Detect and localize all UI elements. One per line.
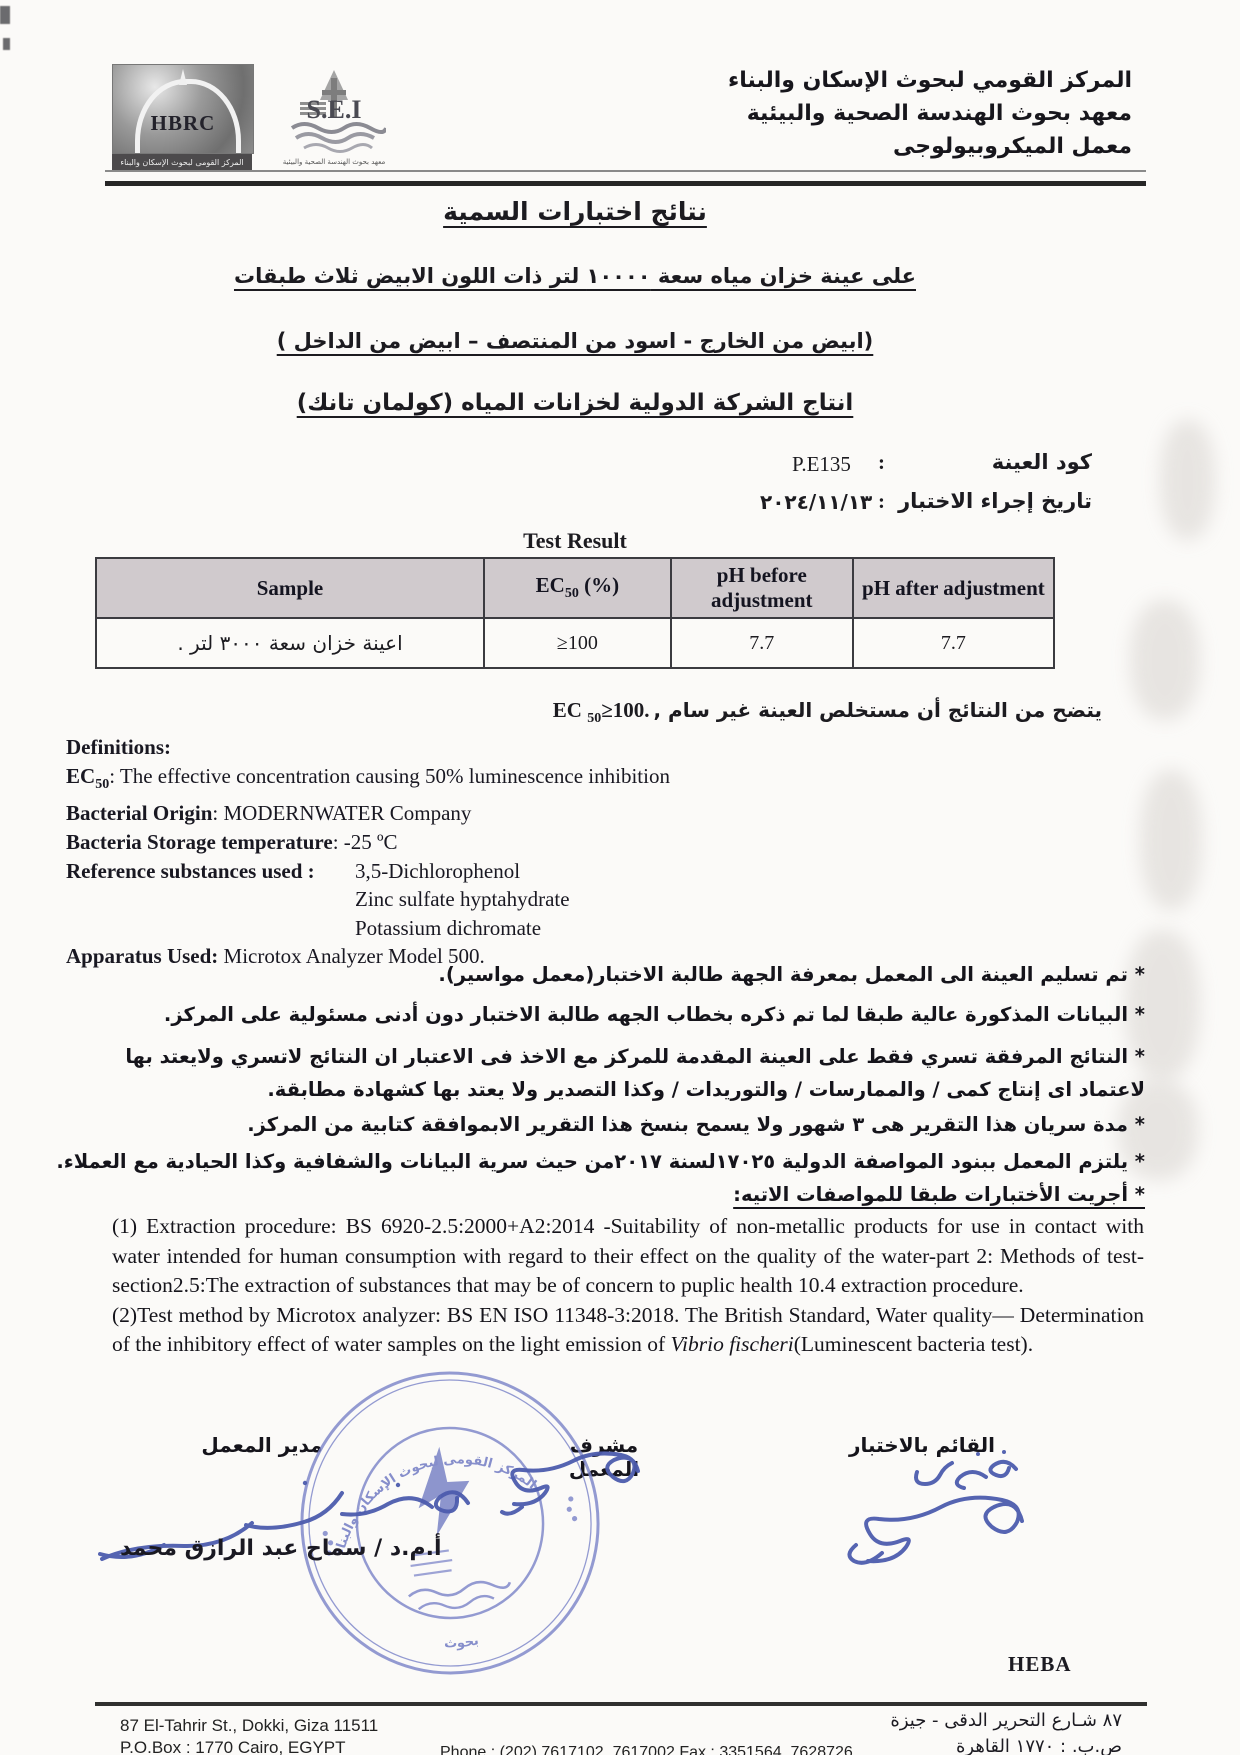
- manager-printed-name: أ.م.د / سماح عبد الرازق محمد: [120, 1536, 442, 1561]
- footer-street-ar: ٨٧ شـارع التحرير الدقى - جيزة: [890, 1708, 1122, 1734]
- footer-pobox-ar: ص.ب. : ١٧٧٠ القاهرة: [890, 1734, 1122, 1755]
- method-paragraph-1: (1) Extraction procedure: BS 6920-2.5:20…: [112, 1212, 1144, 1301]
- conclusion-arabic: يتضح من النتائج أن مستخلص العينة غير سام…: [653, 698, 1102, 722]
- sei-logo-image: S.E.I: [282, 66, 386, 158]
- stamp-icon: المركز القومى لبحوث الإسكان والبناء بحوث: [295, 1368, 605, 1678]
- footer-address-en: 87 El-Tahrir St., Dokki, Giza 11511 P.O.…: [120, 1715, 378, 1755]
- cell-ec50: ≥100: [484, 618, 671, 668]
- footer-pobox-en: P.O.Box : 1770 Cairo, EGYPT: [120, 1737, 378, 1755]
- header-sample: Sample: [96, 558, 484, 618]
- operator-signature-2: [849, 1498, 1022, 1563]
- hbrc-logo-image: HBRC: [112, 64, 254, 154]
- subtitle-line-3: انتاج الشركة الدولية لخزانات المياه (كول…: [0, 390, 1150, 416]
- scan-artifact: [1140, 770, 1202, 910]
- footer-address-ar: ٨٧ شـارع التحرير الدقى - جيزة ص.ب. : ١٧٧…: [890, 1708, 1122, 1755]
- note-iso-compliance: * يلتزم المعمل ببنود المواصفة الدولية ١٧…: [56, 1150, 1145, 1173]
- header-ph-before: pH before adjustment: [671, 558, 853, 618]
- test-date-value: ٢٠٢٤/١١/١٣: [760, 490, 872, 514]
- scanned-report-page: HBRC المركز القومى لبحوث الإسكان والبناء…: [0, 0, 1240, 1755]
- scan-speck: [3, 38, 10, 50]
- organization-header: المركز القومي لبحوث الإسكان والبناء معهد…: [728, 64, 1132, 163]
- scan-artifact: [1130, 600, 1200, 720]
- operator-label: القائم بالاختبار: [847, 1433, 997, 1457]
- reference-substance-3: Potassium dichromate: [355, 914, 1046, 943]
- official-round-stamp: المركز القومى لبحوث الإسكان والبناء بحوث: [295, 1368, 605, 1678]
- header-ec50: EC50 (%): [484, 558, 671, 618]
- table-header-row: Sample EC50 (%) pH before adjustment pH …: [96, 558, 1054, 618]
- methods-section: (1) Extraction procedure: BS 6920-2.5:20…: [112, 1212, 1144, 1360]
- sei-logo: S.E.I معهد بحوث الهندسة الصحية والبيئية: [282, 66, 386, 170]
- stamp-arc-text-bottom: بحوث: [442, 1631, 480, 1653]
- table-title: Test Result: [95, 528, 1055, 554]
- note-data-responsibility: * البيانات المذكورة عالية طبقا لما تم ذك…: [164, 1003, 1145, 1026]
- footer-street-en: 87 El-Tahrir St., Dokki, Giza 11511: [120, 1715, 378, 1737]
- species-name: Vibrio fischeri: [670, 1332, 793, 1356]
- definition-storage-temp: Bacteria Storage temperature: -25 ºC: [66, 828, 1046, 857]
- sei-logo-caption: معهد بحوث الهندسة الصحية والبيئية: [282, 158, 386, 166]
- note-delivery: * تم تسليم العينة الى المعمل بمعرفة الجه…: [438, 963, 1145, 986]
- definition-reference-substances: Reference substances used :3,5-Dichlorop…: [66, 857, 1046, 886]
- cell-ph-after: 7.7: [853, 618, 1054, 668]
- sample-code-colon: :: [878, 450, 885, 475]
- reference-substance-2: Zinc sulfate hyptahydrate: [355, 885, 1046, 914]
- org-line-3: معمل الميكروبيولوجى: [728, 130, 1132, 163]
- svg-text:بحوث: بحوث: [442, 1631, 480, 1653]
- test-date-label: تاريخ إجراء الاختبار: [898, 489, 1092, 513]
- org-line-1: المركز القومي لبحوث الإسكان والبناء: [728, 64, 1132, 97]
- sample-code-label: كود العينة: [992, 450, 1092, 474]
- sample-code-value: P.E135: [792, 452, 851, 477]
- hbrc-logo-text: HBRC: [113, 111, 253, 136]
- footer-phone-partial: Phone : (202) 7617102, 7617002 Fax : 335…: [440, 1744, 853, 1755]
- cell-sample: اعينة خزان سعة ٣٠٠٠ لتر .: [96, 618, 484, 668]
- note-validity: * مدة سريان هذا التقرير هى ٣ شهور ولا يس…: [247, 1113, 1145, 1136]
- document-title: نتائج اختبارات السمية: [0, 197, 1150, 226]
- heba-annotation: HEBA: [1008, 1652, 1072, 1677]
- scan-speck: [0, 6, 10, 24]
- subtitle-line-2: (ابيض من الخارج - اسود من المنتصف – ابيض…: [0, 329, 1150, 353]
- definition-bacterial-origin: Bacterial Origin: MODERNWATER Company: [66, 799, 1046, 828]
- table-data-row: اعينة خزان سعة ٣٠٠٠ لتر . ≥100 7.7 7.7: [96, 618, 1054, 668]
- hbrc-logo: HBRC المركز القومى لبحوث الإسكان والبناء: [112, 64, 252, 172]
- conclusion-line: يتضح من النتائج أن مستخلص العينة غير سام…: [553, 698, 1102, 727]
- scan-artifact: [1160, 420, 1215, 540]
- mosque-dome-icon: [179, 69, 187, 85]
- note-results-scope-2: لاعتماد اى إنتاج كمى / والممارسات / والت…: [267, 1078, 1145, 1101]
- subtitle-line-1: على عينة خزان مياه سعة ١٠٠٠٠ لتر ذات الل…: [0, 264, 1150, 288]
- sei-logo-text: S.E.I: [307, 95, 362, 124]
- definitions-section: Definitions: EC50: The effective concent…: [66, 733, 1046, 971]
- header-divider: [105, 170, 1146, 186]
- conclusion-ec-value: EC 50≥100.: [553, 698, 650, 727]
- definition-ec50: EC50: The effective concentration causin…: [66, 762, 1046, 800]
- method-paragraph-2: (2)Test method by Microtox analyzer: BS …: [112, 1301, 1144, 1360]
- test-date-colon: :: [878, 489, 885, 514]
- note-specs-heading: * أجريت الأختبارات طبقا للمواصفات الاتيه…: [733, 1183, 1145, 1206]
- footer-divider: [95, 1702, 1147, 1706]
- cell-ph-before: 7.7: [671, 618, 853, 668]
- header-ph-after: pH after adjustment: [853, 558, 1054, 618]
- test-result-table: Sample EC50 (%) pH before adjustment pH …: [95, 557, 1055, 669]
- org-line-2: معهد بحوث الهندسة الصحية والبيئية: [728, 97, 1132, 130]
- note-results-scope-1: * النتائج المرفقة تسري فقط على العينة ال…: [125, 1045, 1145, 1068]
- definitions-heading: Definitions:: [66, 733, 1046, 762]
